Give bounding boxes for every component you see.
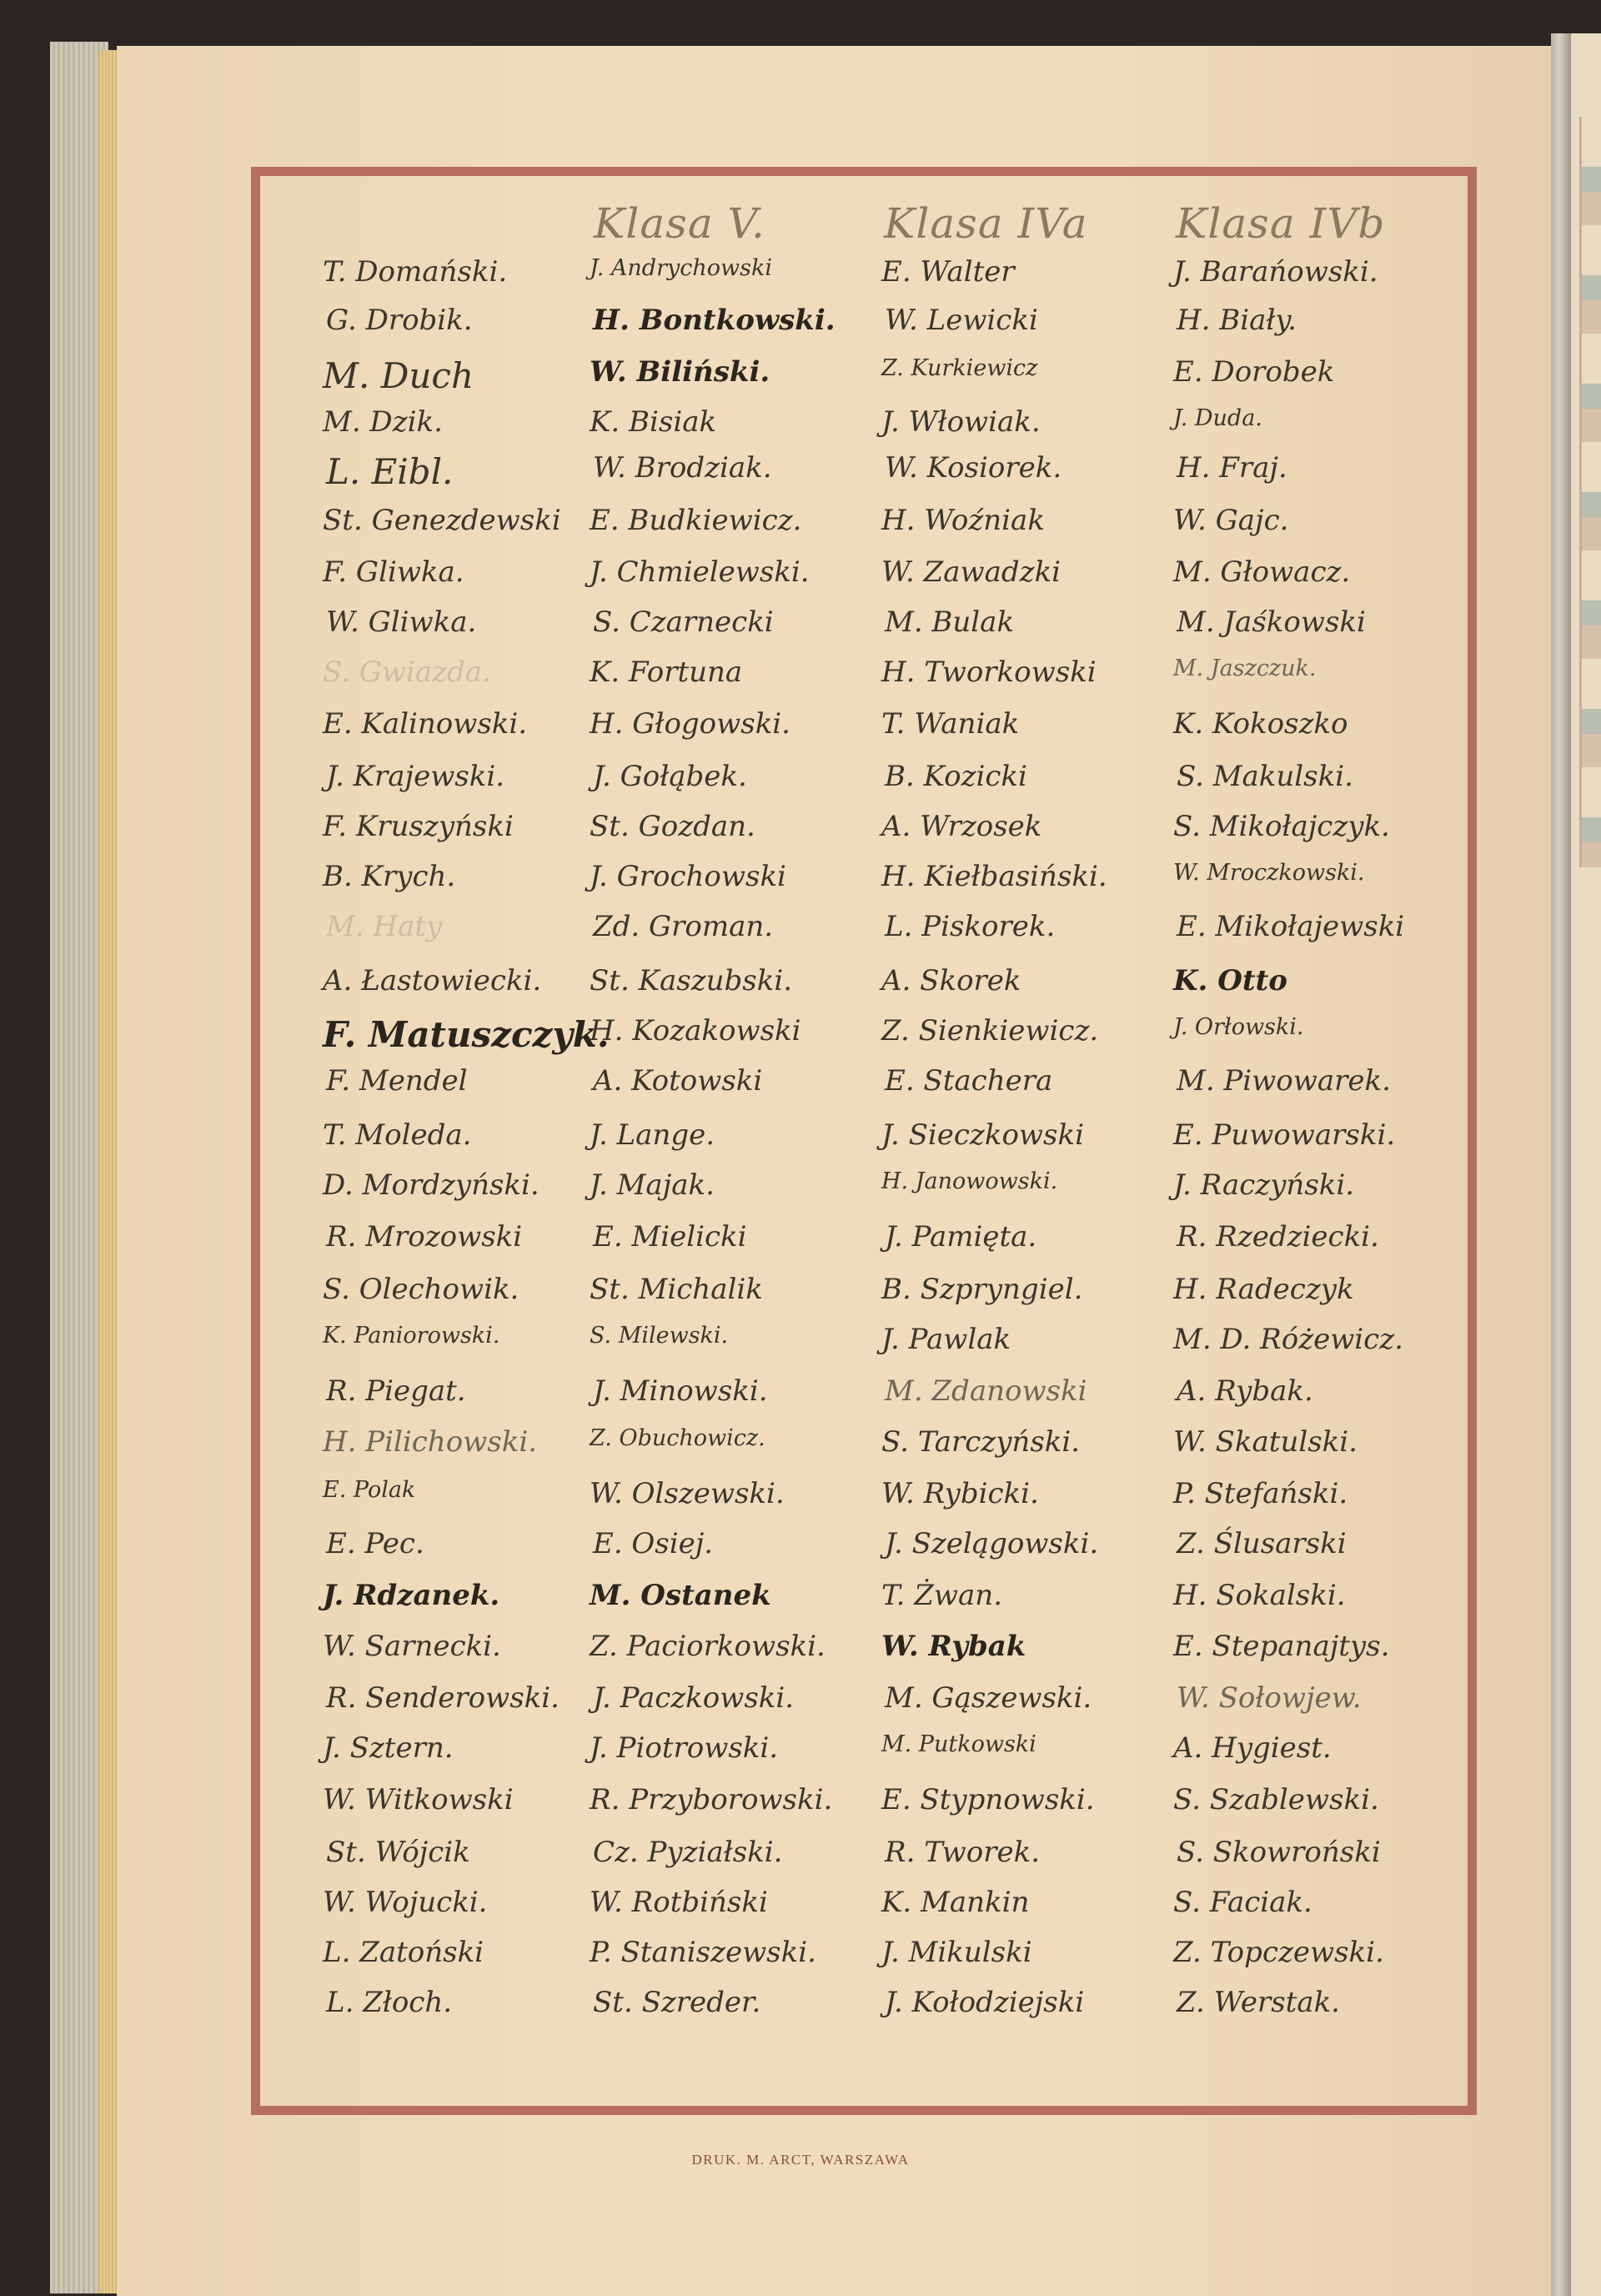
student-name: W. Wojucki. <box>323 1886 488 1919</box>
student-name: St. Genezdewski <box>323 504 561 537</box>
roster-area: Klasa V. Klasa IVa Klasa IVb T. Domański… <box>260 176 1468 2106</box>
student-name: J. Grochowski <box>590 860 786 893</box>
student-name: P. Stefański. <box>1173 1477 1348 1510</box>
student-name: S. Olechowik. <box>323 1273 519 1306</box>
printer-imprint: DRUK. M. ARCT, WARSZAWA <box>0 2152 1601 2168</box>
student-name: R. Piegat. <box>326 1374 466 1408</box>
student-name: H. Biały. <box>1177 304 1297 337</box>
header-klasa-v-text: Klasa V. <box>594 199 765 248</box>
student-name: W. Biliński. <box>590 355 770 389</box>
scanner-background-top <box>0 0 1601 33</box>
student-name: A. Łastowiecki. <box>323 964 541 997</box>
student-name: M. Dzik. <box>323 405 443 439</box>
student-name: W. Sołowjew. <box>1177 1681 1362 1715</box>
student-name: W. Mroczkowski. <box>1173 860 1365 886</box>
student-name: W. Olszewski. <box>590 1477 785 1510</box>
header-klasa-iva-text: Klasa IVa <box>884 199 1088 248</box>
student-name: K. Paniorowski. <box>323 1323 499 1349</box>
student-name: J. Sieczkowski <box>881 1118 1084 1152</box>
student-name: St. Kaszubski. <box>590 964 792 997</box>
student-name: H. Radeczyk <box>1173 1273 1354 1306</box>
student-name: G. Drobik. <box>326 304 473 337</box>
student-name: Z. Paciorkowski. <box>590 1630 826 1663</box>
student-name: St. Michalik <box>590 1273 763 1306</box>
student-name: S. Makulski. <box>1177 760 1353 793</box>
student-name: J. Lange. <box>590 1118 715 1152</box>
student-name: J. Chmielewski. <box>590 555 810 589</box>
student-name: E. Walter <box>881 255 1015 289</box>
student-name: S. Milewski. <box>590 1323 728 1349</box>
student-name: M. Haty <box>326 910 442 943</box>
student-name: F. Gliwka. <box>323 555 464 589</box>
student-name: E. Mikołajewski <box>1177 910 1404 943</box>
student-name: Z. Topczewski. <box>1173 1936 1384 1969</box>
student-name: H. Woźniak <box>881 504 1045 537</box>
student-name: E. Budkiewicz. <box>590 504 801 537</box>
student-name: A. Skorek <box>881 964 1021 997</box>
student-name: J. Duda. <box>1173 405 1262 431</box>
student-name: W. Kosiorek. <box>885 451 1061 485</box>
student-name: J. Minowski. <box>593 1374 768 1408</box>
student-name: J. Raczyński. <box>1173 1168 1354 1202</box>
student-name: E. Puwowarski. <box>1173 1118 1395 1152</box>
student-name: H. Głogowski. <box>590 707 790 741</box>
student-name: Z. Obuchowicz. <box>590 1425 765 1451</box>
student-name: E. Stachera <box>885 1064 1052 1098</box>
student-name: W. Sarnecki. <box>323 1630 501 1663</box>
student-name: T. Domański. <box>323 255 507 289</box>
header-klasa-ivb-text: Klasa IVb <box>1176 199 1385 248</box>
student-name: S. Czarnecki <box>593 605 774 639</box>
student-name: S. Mikołajczyk. <box>1173 810 1390 843</box>
student-name: K. Fortuna <box>590 656 742 689</box>
student-name: J. Gołąbek. <box>593 760 747 793</box>
student-name: W. Skatulski. <box>1173 1425 1358 1459</box>
student-name: E. Pec. <box>326 1527 424 1560</box>
student-name: Z. Werstak. <box>1177 1986 1340 2019</box>
student-name: H. Bontkowski. <box>593 304 836 337</box>
student-name: J. Krajewski. <box>326 760 504 793</box>
student-name: W. Rotbiński <box>590 1886 768 1919</box>
student-name: J. Paczkowski. <box>593 1681 794 1715</box>
student-name: W. Lewicki <box>885 304 1038 337</box>
student-name: W. Brodziak. <box>593 451 772 485</box>
student-name: T. Żwan. <box>881 1579 1002 1612</box>
student-name: J. Mikulski <box>881 1936 1032 1969</box>
student-name: K. Otto <box>1173 964 1287 997</box>
student-name: E. Dorobek <box>1173 355 1334 389</box>
student-name: E. Kalinowski. <box>323 707 527 741</box>
student-name: S. Szablewski. <box>1173 1783 1379 1816</box>
student-name: M. Ostanek <box>590 1579 771 1612</box>
student-name: H. Kozakowski <box>590 1014 801 1048</box>
student-name: Cz. Pyziałski. <box>593 1836 782 1869</box>
student-name: L. Zatoński <box>323 1936 484 1969</box>
student-name: R. Przyborowski. <box>590 1783 832 1816</box>
student-name: S. Skowroński <box>1177 1836 1381 1869</box>
student-name: Z. Kurkiewicz <box>881 355 1037 381</box>
student-name: M. Gąszewski. <box>885 1681 1092 1715</box>
student-name: J. Rdzanek. <box>323 1579 499 1612</box>
student-name: M. Putkowski <box>881 1731 1036 1757</box>
student-name: L. Piskorek. <box>885 910 1055 943</box>
header-klasa-ivb: Klasa IVb <box>1176 199 1385 248</box>
student-name: A. Rybak. <box>1177 1374 1313 1408</box>
student-name: Zd. Groman. <box>593 910 773 943</box>
student-name: J. Pawlak <box>881 1323 1011 1356</box>
student-name: F. Mendel <box>326 1064 468 1098</box>
student-name: A. Kotowski <box>593 1064 762 1098</box>
student-name: E. Stepanajtys. <box>1173 1630 1389 1663</box>
student-name: M. Piwowarek. <box>1177 1064 1391 1098</box>
student-name: J. Sztern. <box>323 1731 454 1765</box>
student-name: H. Pilichowski. <box>323 1425 537 1459</box>
student-name: T. Moleda. <box>323 1118 471 1152</box>
student-name: R. Rzedziecki. <box>1177 1220 1379 1254</box>
student-name: M. D. Różewicz. <box>1173 1323 1403 1356</box>
student-name: B. Krych. <box>323 860 455 893</box>
student-name: B. Szpryngiel. <box>881 1273 1082 1306</box>
student-name: J. Majak. <box>590 1168 715 1202</box>
student-name: M. Jaszczuk. <box>1173 656 1317 681</box>
student-name: A. Hygiest. <box>1173 1731 1332 1765</box>
student-name: F. Matuszczyk. <box>323 1014 610 1055</box>
facing-page-ornament-icon <box>1579 117 1601 867</box>
student-name: H. Kiełbasiński. <box>881 860 1107 893</box>
student-name: E. Mielicki <box>593 1220 747 1254</box>
student-name: E. Polak <box>323 1477 415 1503</box>
student-name: R. Tworek. <box>885 1836 1040 1869</box>
student-name: R. Mrozowski <box>326 1220 522 1254</box>
student-name: J. Szelągowski. <box>885 1527 1098 1560</box>
student-name: F. Kruszyński <box>323 810 514 843</box>
student-name: M. Bulak <box>885 605 1014 639</box>
student-name: E. Stypnowski. <box>881 1783 1095 1816</box>
facing-page-edge <box>1571 33 1601 2296</box>
student-name: St. Wójcik <box>326 1836 470 1869</box>
student-name: M. Głowacz. <box>1173 555 1350 589</box>
student-name: J. Orłowski. <box>1173 1014 1304 1040</box>
student-name: D. Mordzyński. <box>323 1168 540 1202</box>
student-name: K. Mankin <box>881 1886 1029 1919</box>
student-name: J. Piotrowski. <box>590 1731 778 1765</box>
student-name: L. Złoch. <box>326 1986 452 2019</box>
student-name: Z. Sienkiewicz. <box>881 1014 1098 1048</box>
student-name: J. Andrychowski <box>590 255 772 281</box>
student-name: R. Senderowski. <box>326 1681 560 1715</box>
red-page-frame: Klasa V. Klasa IVa Klasa IVb T. Domański… <box>251 167 1477 2115</box>
student-name: H. Janowowski. <box>881 1168 1057 1194</box>
student-name: S. Tarczyński. <box>881 1425 1080 1459</box>
student-name: W. Rybak <box>881 1630 1026 1663</box>
student-name: K. Kokoszko <box>1173 707 1348 741</box>
student-name: M. Duch <box>323 355 474 396</box>
student-name: S. Gwiazda. <box>323 656 491 689</box>
student-name: J. Włowiak. <box>881 405 1041 439</box>
student-name: E. Osiej. <box>593 1527 713 1560</box>
student-name: Z. Ślusarski <box>1177 1527 1347 1560</box>
student-name: H. Sokalski. <box>1173 1579 1346 1612</box>
student-name: M. Zdanowski <box>885 1374 1087 1408</box>
student-name: St. Szreder. <box>593 1986 760 2019</box>
student-name: W. Witkowski <box>323 1783 514 1816</box>
student-name: K. Bisiak <box>590 405 716 439</box>
student-name: T. Waniak <box>881 707 1019 741</box>
student-name: W. Rybicki. <box>881 1477 1039 1510</box>
student-name: H. Tworkowski <box>881 656 1097 689</box>
student-name: S. Faciak. <box>1173 1886 1312 1919</box>
student-name: St. Gozdan. <box>590 810 755 843</box>
student-name: A. Wrzosek <box>881 810 1041 843</box>
student-name: P. Staniszewski. <box>590 1936 816 1969</box>
student-name: J. Kołodziejski <box>885 1986 1084 2019</box>
student-name: W. Gliwka. <box>326 605 476 639</box>
student-name: M. Jaśkowski <box>1177 605 1366 639</box>
student-name: J. Barańowski. <box>1173 255 1378 289</box>
header-klasa-iva: Klasa IVa <box>884 199 1088 248</box>
student-name: B. Kozicki <box>885 760 1027 793</box>
header-klasa-v: Klasa V. <box>594 199 765 248</box>
student-name: L. Eibl. <box>326 451 453 492</box>
student-name: W. Zawadzki <box>881 555 1061 589</box>
book-gutter <box>1551 33 1571 2296</box>
student-name: J. Pamięta. <box>885 1220 1036 1254</box>
student-name: H. Fraj. <box>1177 451 1287 485</box>
student-name: W. Gajc. <box>1173 504 1288 537</box>
